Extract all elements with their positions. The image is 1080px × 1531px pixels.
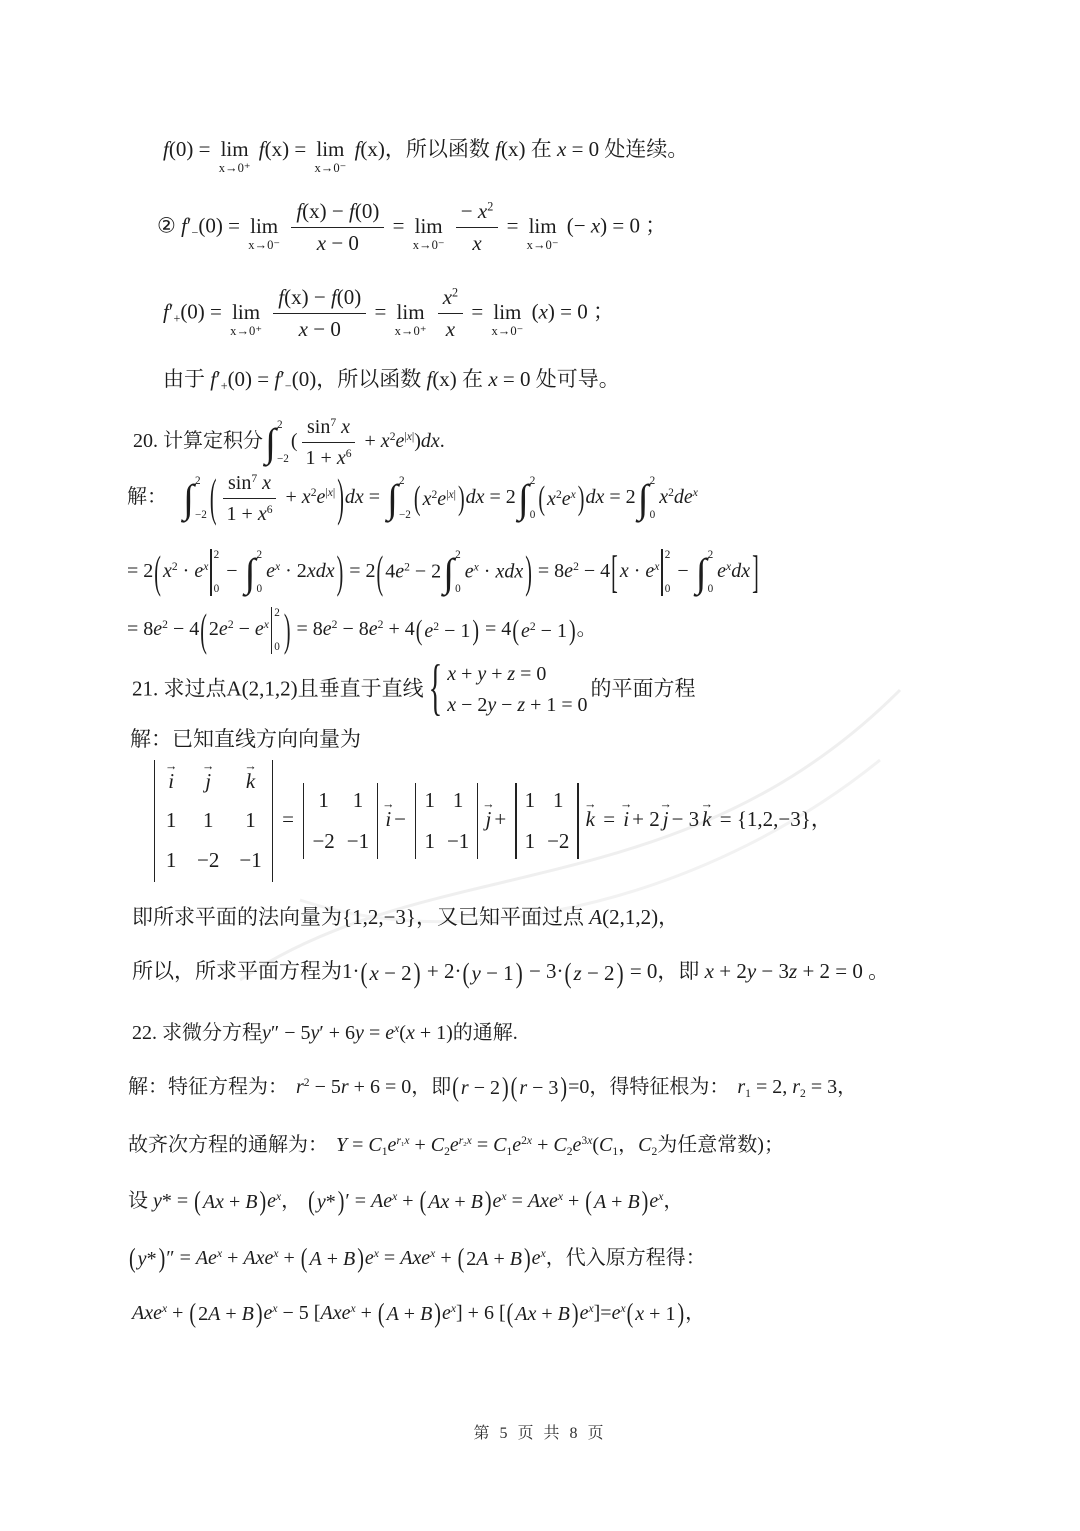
math-text: 4	[385, 560, 395, 582]
fraction: x2x	[438, 284, 463, 344]
math-variable: x	[705, 959, 714, 983]
upper-limit: 2	[650, 476, 656, 487]
math-variable: y	[747, 959, 756, 983]
superscript: 2	[452, 285, 458, 299]
math-text: 所以，所求平面方程为1·	[132, 959, 360, 983]
subscript: +	[221, 379, 228, 393]
math-variable: A	[387, 1303, 399, 1325]
open-delimiter: (	[376, 550, 385, 596]
close-delimiter: ]	[751, 550, 760, 596]
math-text: ，	[281, 1190, 301, 1212]
math-variable: e	[649, 1190, 658, 1212]
math-text: 由于	[163, 367, 210, 391]
superscript: 2x	[521, 1134, 532, 1147]
math-variable: x	[443, 285, 452, 309]
math-text: − 3	[672, 807, 700, 831]
vector-arrow: →	[202, 760, 215, 773]
math-text: 1	[353, 788, 364, 812]
math-variable: C	[638, 1134, 651, 1156]
integral: ∫2−2	[387, 476, 411, 522]
math-text: 21. 求过点A(2,1,2)且垂直于直线	[132, 676, 424, 700]
math-text: − 2	[379, 961, 412, 985]
det-cell: −1	[447, 828, 469, 855]
integral-limits: 20	[257, 550, 263, 596]
det-cell: 1	[424, 828, 435, 855]
integral-sign: ∫	[518, 479, 529, 519]
problem-20-solution-1: 解：∫2−2(sin7 x1 + x6 + x2e|x|)dx = ∫2−2(x…	[127, 470, 698, 527]
vector-arrow: →	[482, 798, 495, 811]
lower-limit: 0	[650, 510, 656, 521]
math-variable: e	[532, 1247, 541, 1269]
math-variable: x	[370, 961, 379, 985]
integral: ∫20	[638, 476, 656, 522]
det-cell: →k	[243, 768, 258, 795]
problem-20-solution-3: = 8e2 − 4(2e2 − ex20) = 8e2 − 8e2 + 4(e2…	[127, 607, 597, 654]
paren-group: [x · ex20 − ∫20exdx]	[610, 549, 760, 596]
math-variable: e	[323, 618, 332, 640]
math-text: = 8	[127, 618, 153, 640]
math-text: ]=	[594, 1302, 612, 1324]
det-body: 11−2−1	[304, 783, 377, 860]
paren-body: x − 2	[369, 960, 413, 987]
vector: →k	[586, 806, 595, 833]
math-text: +	[322, 1248, 343, 1270]
math-variable: y	[153, 1190, 162, 1212]
math-text: (x) 在	[501, 137, 557, 161]
open-delimiter: (	[511, 617, 520, 645]
paren-body: z − 2	[573, 960, 616, 987]
limit-word: lim	[221, 138, 249, 160]
math-text: =	[466, 300, 488, 324]
math-variable: y	[472, 961, 481, 985]
math-text: ，	[618, 1134, 638, 1156]
subscript: −	[285, 379, 292, 393]
paren-body: y*	[137, 1246, 158, 1272]
integral: ∫2−2	[183, 476, 207, 522]
math-text: − 3·	[524, 959, 564, 983]
math-variable: x	[659, 486, 668, 508]
math-variable: e	[424, 620, 433, 642]
integral-limits: 2−2	[399, 476, 411, 522]
paren-body: x + 1	[634, 1301, 676, 1327]
superscript: x	[654, 560, 659, 573]
math-variable: C	[493, 1134, 506, 1156]
math-variable: x	[591, 214, 600, 238]
math-variable: x	[163, 560, 172, 582]
superscript: x	[264, 618, 269, 631]
open-delimiter: (	[510, 1075, 519, 1102]
det-bar-right	[272, 760, 273, 882]
math-variable: x	[337, 447, 346, 469]
open-delimiter: (	[413, 482, 422, 516]
paren-group: (y*)	[307, 1189, 345, 1215]
denominator: 1 + x6	[301, 443, 357, 471]
det-cell: →j	[202, 768, 214, 795]
vector-arrow: →	[620, 798, 633, 811]
math-text: 。	[577, 618, 597, 640]
lower-limit: 0	[257, 584, 263, 595]
math-variable: x	[262, 472, 271, 494]
math-text: =	[387, 214, 409, 238]
integral-sign: ∫	[696, 553, 707, 593]
fraction: − x2x	[456, 198, 499, 258]
open-delimiter: (	[626, 1301, 635, 1328]
math-text: +	[224, 1191, 245, 1213]
math-text: 2	[209, 618, 219, 640]
math-text: )	[414, 430, 421, 452]
math-text: (0) =	[228, 367, 275, 391]
superscript: |x|	[404, 430, 414, 443]
problem-20-solution-2: = 2(x2 · ex20 − ∫20ex · 2xdx) = 2(4e2 − …	[127, 549, 760, 596]
math-variable: C	[599, 1134, 612, 1156]
open-delimiter: (	[457, 1246, 466, 1273]
det-cell: 1	[166, 807, 177, 834]
paren-group: (x + 1)	[626, 1301, 686, 1327]
open-delimiter: (	[360, 959, 369, 987]
paren-body: y − 1	[471, 960, 515, 987]
integral-limits: 20	[455, 550, 461, 596]
open-delimiter: [	[610, 550, 619, 596]
fraction: f(x) − f(0)x − 0	[291, 198, 384, 258]
lower-limit: 0	[665, 584, 671, 595]
document-page: f(0) = limx→0⁺ f(x) = limx→0⁻ f(x)，所以函数 …	[0, 0, 1080, 1531]
integral-limits: 2−2	[277, 420, 289, 466]
math-variable: B	[245, 1191, 257, 1213]
determinant: 111−1	[415, 783, 478, 860]
vector-arrow: →	[382, 798, 395, 811]
integral-limits: 20	[530, 476, 536, 522]
close-delimiter: )	[283, 608, 292, 654]
limit-operator: limx→0⁻	[248, 215, 280, 252]
math-text: +	[486, 663, 507, 685]
math-text: +	[536, 1303, 557, 1325]
limit-word: lim	[493, 301, 521, 323]
math-variable: y	[355, 1022, 364, 1044]
math-text	[283, 214, 288, 238]
math-text: +	[281, 486, 302, 508]
math-text: (0) =	[169, 137, 216, 161]
vector: →j	[663, 806, 669, 833]
lower-limit: 0	[274, 642, 280, 653]
math-text: 解：特征方程为：	[128, 1076, 288, 1098]
math-variable: A	[309, 1248, 321, 1270]
math-variable: e	[562, 488, 571, 510]
math-variable: e	[267, 1190, 276, 1212]
math-text: +	[356, 1302, 377, 1324]
math-text: sin	[228, 472, 251, 494]
open-delimiter: (	[415, 617, 424, 645]
math-variable: B	[242, 1303, 254, 1325]
denominator: x	[467, 228, 486, 257]
open-delimiter: (	[537, 482, 546, 516]
open-delimiter: (	[128, 1246, 137, 1273]
math-variable: e	[450, 1134, 459, 1156]
upper-limit: 2	[274, 608, 280, 619]
math-text: (	[526, 300, 538, 324]
math-text: 2	[487, 199, 493, 213]
math-text: = 0 处连续。	[566, 137, 688, 161]
lower-limit: 0	[530, 510, 536, 521]
paren-body: x2 · ex20 − ∫20ex · 2xdx	[162, 549, 336, 596]
superscript: r2x	[459, 1134, 472, 1147]
integral-limits: 20	[650, 476, 656, 522]
math-variable: e	[369, 618, 378, 640]
math-text: − 0	[308, 317, 341, 341]
math-text: ·	[479, 560, 496, 582]
close-delimiter: )	[255, 1301, 264, 1328]
math-text: 1	[166, 848, 177, 872]
det-cell: 1	[353, 787, 364, 814]
math-text: + 4	[383, 618, 414, 640]
math-text: *	[326, 1191, 336, 1213]
math-text: +	[532, 1134, 553, 1156]
math-text: +	[409, 1134, 430, 1156]
math-text: =	[277, 807, 299, 831]
paren-group: (A + B)	[300, 1246, 365, 1272]
denominator: x	[441, 314, 460, 343]
math-variable: Axe	[320, 1302, 350, 1324]
paren-body: Ax + B	[202, 1189, 259, 1215]
math-variable: z	[517, 694, 525, 716]
math-variable: A	[476, 1248, 488, 1270]
math-variable: C	[553, 1134, 566, 1156]
math-text: 为任意常数)；	[657, 1134, 784, 1156]
fraction: sin7 x1 + x6	[222, 470, 278, 527]
paren-body: r − 3	[518, 1075, 559, 1101]
math-text: = {1,2,−3}，	[715, 807, 832, 831]
formula-line-left-derivative: ② f′−(0) = limx→0⁻ f(x) − f(0)x − 0 = li…	[157, 198, 666, 258]
superscript: |x|	[446, 487, 456, 500]
limit-word: lim	[529, 215, 557, 237]
math-variable: x	[317, 231, 326, 255]
math-text: (0) =	[180, 300, 227, 324]
math-variable: A	[208, 1303, 220, 1325]
paren-body: r − 2	[460, 1075, 501, 1101]
paren-group: (A + B)	[584, 1189, 649, 1215]
det-cell: 1	[203, 807, 214, 834]
math-variable: x	[571, 487, 576, 500]
math-variable: x	[547, 488, 556, 510]
det-cell: 1	[166, 847, 177, 874]
math-text: − 1	[536, 620, 567, 642]
vector-arrow: →	[244, 760, 257, 773]
limit-word: lim	[415, 215, 443, 237]
math-variable: B	[420, 1303, 432, 1325]
limit-subscript: x→0⁺	[395, 325, 427, 338]
denominator: 1 + x6	[222, 499, 278, 527]
vector: →j	[205, 768, 211, 795]
problem-22-substitution: Axex + (2A + B)ex − 5 [Axex + (A + B)ex]…	[132, 1300, 705, 1327]
math-text: =	[379, 1247, 400, 1269]
math-variable: x	[381, 430, 390, 452]
math-text: +	[449, 1191, 470, 1213]
numerator: f(x) − f(0)	[291, 198, 384, 228]
math-text: (0)	[355, 199, 380, 223]
math-text	[265, 300, 270, 324]
det-cell: −2	[547, 828, 569, 855]
close-delimiter: )	[433, 1301, 442, 1328]
limit-operator: limx→0⁻	[314, 138, 346, 175]
math-text: =	[501, 214, 523, 238]
math-text: (x) −	[302, 199, 349, 223]
math-variable: de	[674, 486, 693, 508]
upper-limit: 2	[530, 476, 536, 487]
math-text: (	[399, 1022, 406, 1044]
lower-limit: 0	[455, 584, 461, 595]
open-delimiter: (	[564, 959, 573, 987]
math-text: +	[399, 1303, 420, 1325]
paren-body: A + B	[308, 1246, 356, 1272]
math-text: ) = 0 ；	[548, 300, 614, 324]
math-text: (0)，所以函数	[292, 367, 427, 391]
close-delimiter: )	[336, 550, 345, 596]
integral: ∫2−2	[265, 420, 289, 466]
math-variable: C	[431, 1134, 444, 1156]
paren-group: (2A + B)	[457, 1246, 532, 1272]
limit-word: lim	[232, 301, 260, 323]
limit-subscript: x→0⁻	[527, 239, 559, 252]
math-text: 设	[128, 1190, 153, 1212]
superscript: 6	[346, 447, 352, 460]
limit-subscript: x→0⁻	[248, 239, 280, 252]
math-text: = 2,	[751, 1076, 792, 1098]
limit-operator: limx→0⁻	[413, 215, 445, 252]
math-text: − 3	[527, 1077, 558, 1099]
math-variable: x	[693, 486, 698, 499]
determinant: →i→j→k1111−2−1	[154, 760, 273, 882]
math-text: + 2	[632, 807, 660, 831]
det-body: 111−1	[416, 783, 477, 860]
open-delimiter: (	[300, 1246, 309, 1273]
cases-row: x + y + z = 0	[447, 662, 587, 688]
det-cell: −1	[347, 828, 369, 855]
math-text: ] + 6 [	[456, 1302, 506, 1324]
math-text: + 6 = 0，即	[349, 1076, 452, 1098]
math-variable: e	[255, 618, 264, 640]
math-variable: Ax	[515, 1303, 536, 1325]
math-text: = 2	[344, 560, 375, 582]
det-cell: 1	[553, 787, 564, 814]
problem-20-statement: 20. 计算定积分∫2−2(sin7 x1 + x6 + x2e|x|)dx.	[133, 414, 445, 471]
close-delimiter: )	[471, 617, 480, 645]
problem-21-statement: 21. 求过点A(2,1,2)且垂直于直线{x + y + z = 0x − 2…	[132, 662, 696, 719]
close-delimiter: )	[524, 550, 533, 596]
integral-sign: ∫	[443, 553, 454, 593]
math-text: 1	[318, 788, 329, 812]
open-delimiter: (	[193, 1189, 202, 1216]
det-cell: −2	[312, 828, 334, 855]
math-variable: C	[368, 1134, 381, 1156]
limit-operator: limx→0⁺	[395, 301, 427, 338]
math-text: +	[279, 1247, 300, 1269]
paren-body: sin7 x1 + x6 + x2e|x|	[218, 470, 337, 527]
math-text: − 1	[481, 961, 514, 985]
paren-group: (r − 3)	[510, 1075, 568, 1101]
paren-group: (4e2 − 2∫20ex · xdx)	[376, 550, 533, 596]
math-variable: r	[461, 1077, 469, 1099]
math-text: +	[167, 1302, 188, 1324]
upper-limit: 2	[257, 550, 263, 561]
superscript: x	[571, 487, 576, 500]
math-text: = 2	[485, 486, 516, 508]
close-delimiter: )	[457, 482, 466, 516]
math-variable: x	[203, 560, 208, 573]
lower-limit: 0	[708, 584, 714, 595]
det-cell: 1	[525, 828, 536, 855]
math-text: 1	[553, 788, 564, 812]
math-text: +	[222, 1247, 243, 1269]
math-variable: x	[654, 560, 659, 573]
math-text: − 3	[756, 959, 789, 983]
close-delimiter: )	[356, 1246, 365, 1273]
open-delimiter: (	[307, 1189, 316, 1216]
open-delimiter: (	[199, 608, 208, 654]
math-variable: Ax	[428, 1191, 449, 1213]
math-variable: x	[341, 416, 350, 438]
close-delimiter: )	[501, 1075, 510, 1102]
math-text: + 1 = 0	[525, 694, 587, 716]
paren-group: (y*)	[128, 1246, 166, 1272]
evaluation-bar: 20	[271, 607, 280, 654]
problem-22-homogeneous: 故齐次方程的通解为：Y = C1er1x + C2er2x = C1e2x + …	[128, 1132, 784, 1159]
det-cell: 1	[453, 787, 464, 814]
math-text: ，	[685, 1302, 705, 1324]
math-variable: z	[789, 959, 797, 983]
math-variable: Ae	[196, 1247, 217, 1269]
math-text: − 1	[439, 620, 470, 642]
vector: →k	[246, 768, 255, 795]
math-text: +	[456, 663, 477, 685]
integral-limits: 20	[708, 550, 714, 596]
math-text: − 5	[310, 1076, 341, 1098]
math-text: (x)，所以函数	[360, 137, 495, 161]
fraction: sin7 x1 + x6	[301, 414, 357, 471]
limit-subscript: x→0⁻	[491, 325, 523, 338]
limit-operator: limx→0⁻	[527, 215, 559, 252]
math-text: −1	[239, 848, 261, 872]
math-text: +	[563, 1190, 584, 1212]
math-text: 即所求平面的法向量为{1,2,−3}，又已知平面过点	[132, 905, 589, 929]
det-bar-right	[577, 783, 578, 860]
superscript: 2	[487, 199, 493, 213]
math-variable: e	[266, 560, 275, 582]
math-variable: x	[472, 231, 481, 255]
math-variable: e	[512, 1134, 521, 1156]
math-text: 6	[346, 447, 352, 460]
problem-22-characteristic: 解：特征方程为：r2 − 5r + 6 = 0，即(r − 2)(r − 3)=…	[128, 1074, 857, 1101]
math-variable: e	[194, 560, 203, 582]
paren-group: (Ax + B)	[506, 1301, 580, 1327]
math-text: sin	[307, 416, 330, 438]
paren-group: (Ax + B)	[193, 1189, 267, 1215]
denominator: x − 0	[294, 314, 346, 343]
vector: →j	[485, 806, 491, 833]
math-variable: dx	[466, 486, 485, 508]
math-text: −2	[312, 829, 334, 853]
math-variable: r	[737, 1076, 745, 1098]
open-delimiter: (	[188, 1301, 197, 1328]
math-text: * =	[162, 1190, 193, 1212]
problem-21-solution-intro: 解：已知直线方向向量为	[130, 726, 361, 753]
det-bar-right	[477, 783, 478, 860]
math-text: − 2	[582, 961, 615, 985]
math-variable: x	[620, 560, 629, 582]
math-variable: B	[558, 1303, 570, 1325]
integral-sign: ∫	[638, 479, 649, 519]
det-cell: →i	[165, 768, 177, 795]
math-variable: x	[446, 317, 455, 341]
close-delimiter: )	[676, 1301, 685, 1328]
